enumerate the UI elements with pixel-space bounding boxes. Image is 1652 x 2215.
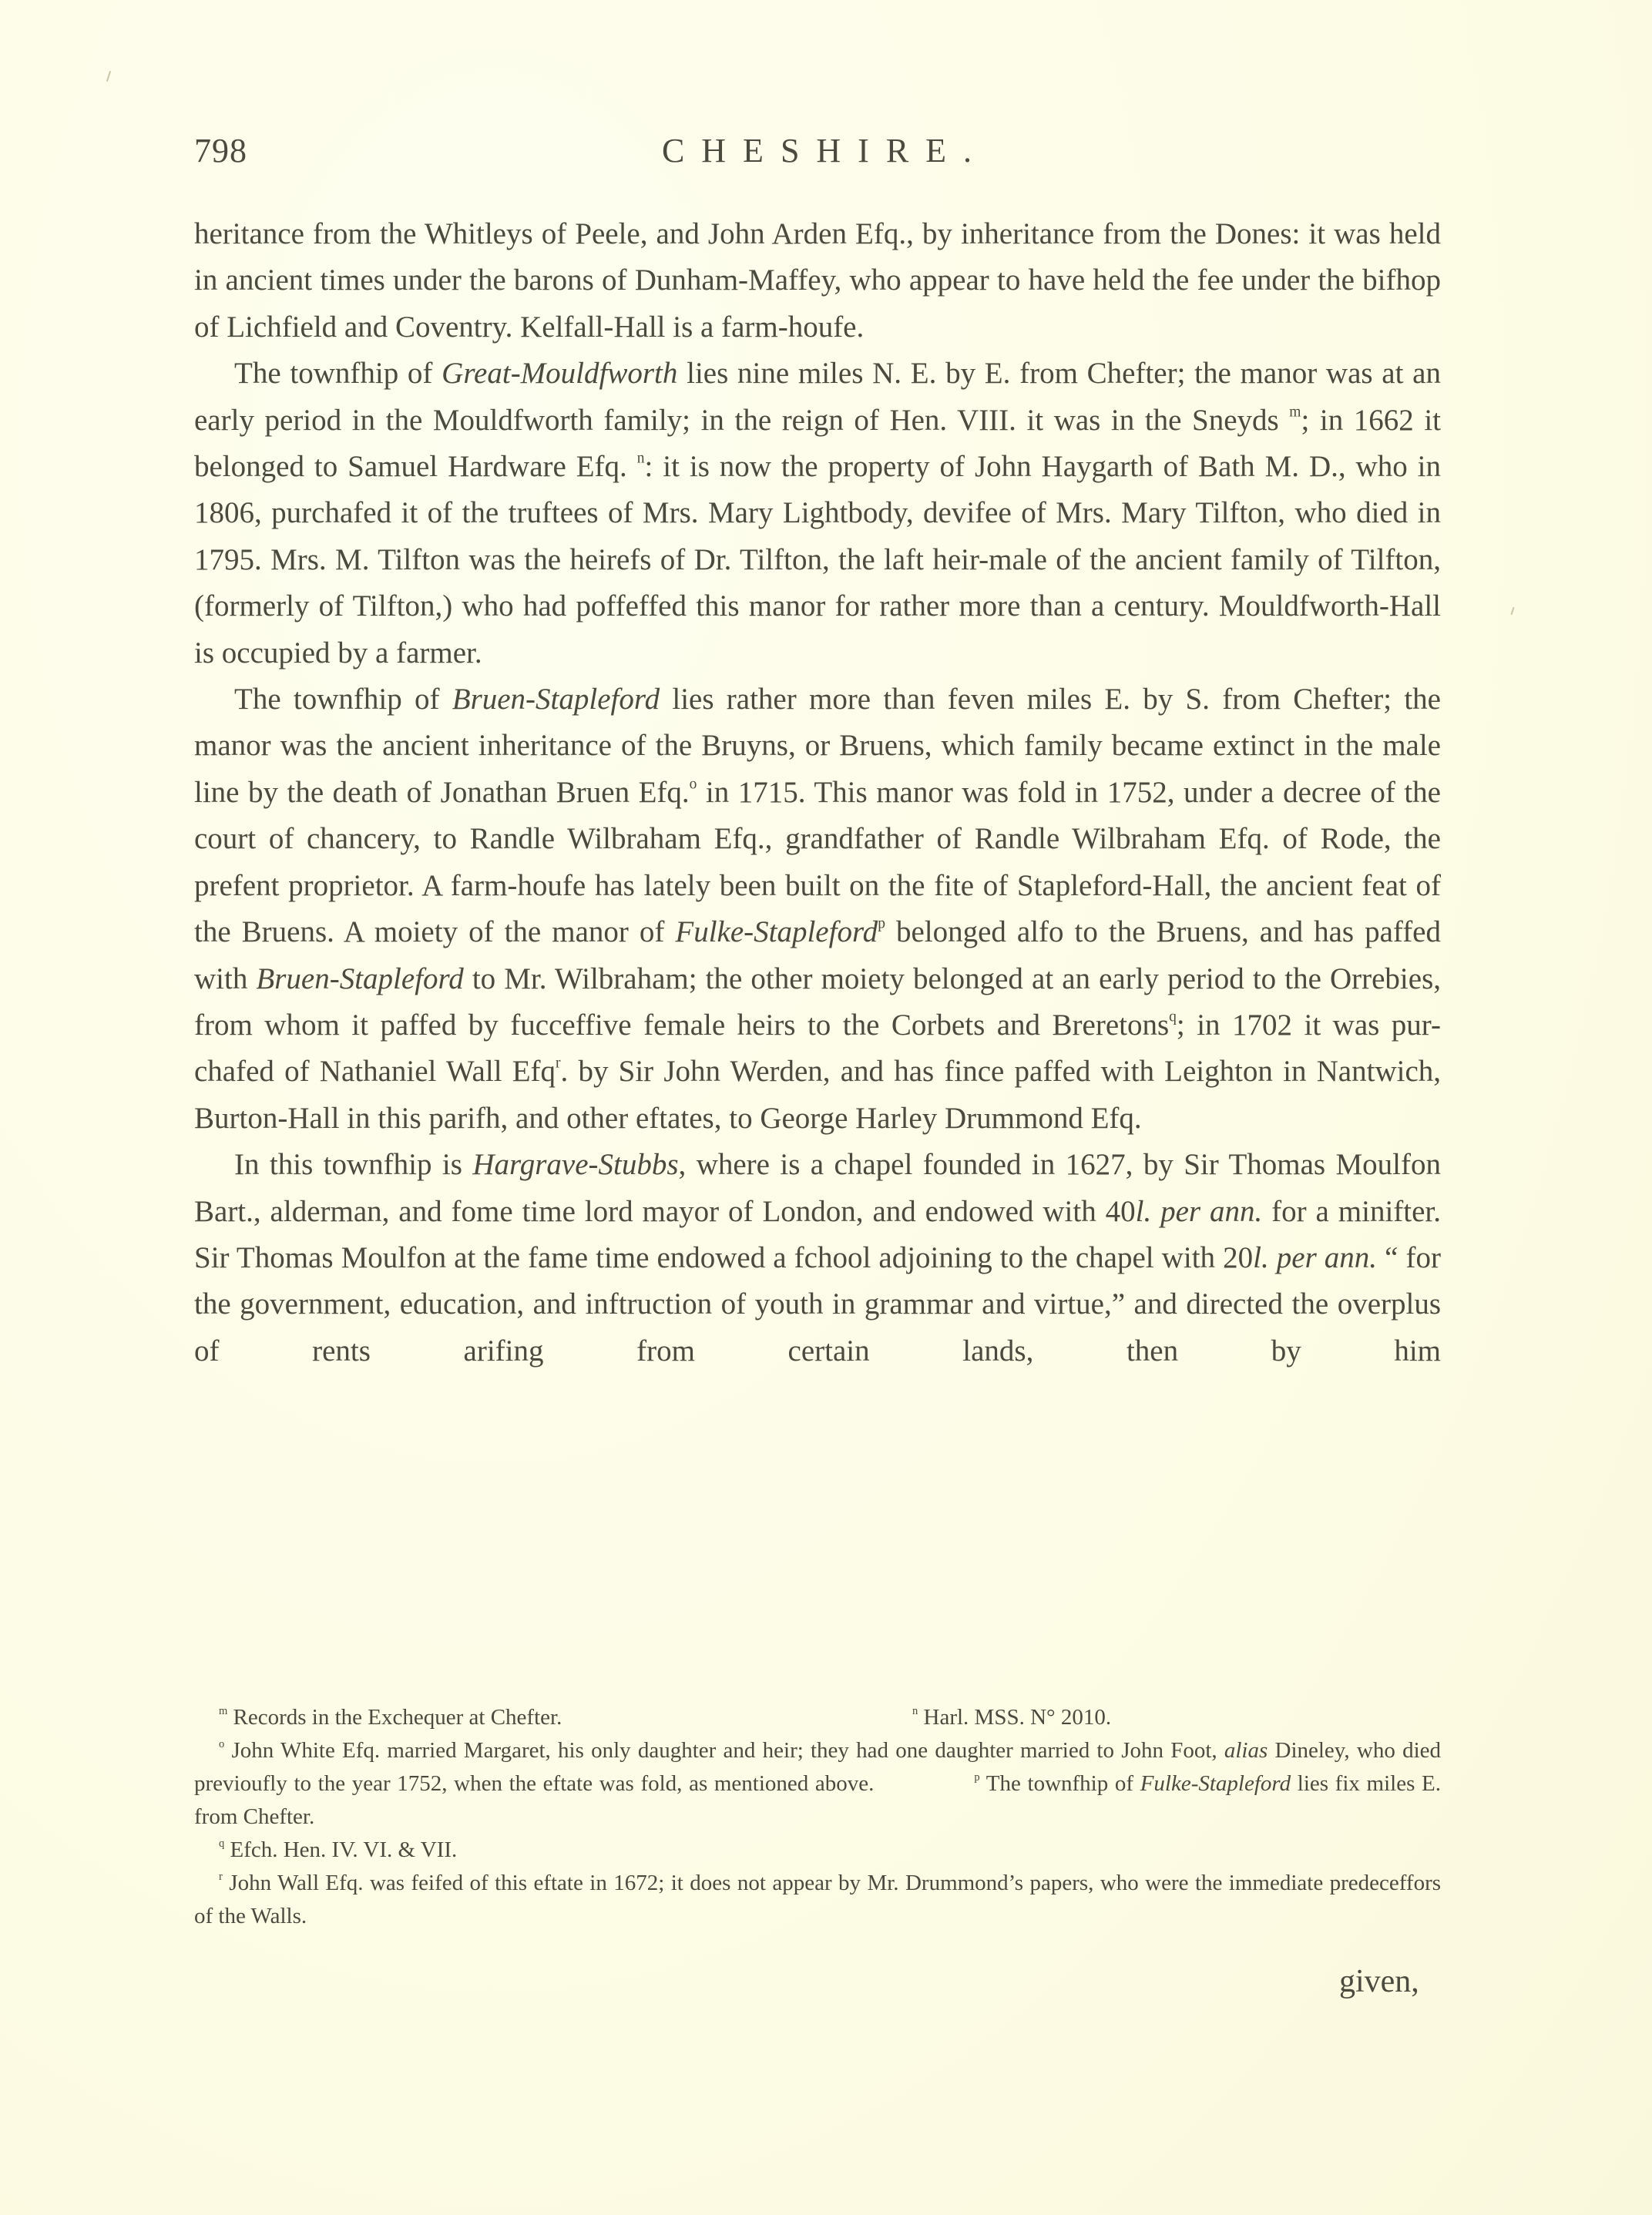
footnote-mark: n <box>912 1705 918 1717</box>
paper-speck <box>1511 607 1515 615</box>
footnotes: m Records in the Exchequer at Chefter. n… <box>194 1701 1441 1933</box>
footnote-o-p: o John White Efq. married Margaret, his … <box>194 1734 1441 1834</box>
running-title: CHESHIRE. <box>194 131 1441 170</box>
italic-text: Bruen-Stapleford <box>452 683 660 716</box>
footnote-r: r John Wall Efq. was feifed of this efta… <box>194 1867 1441 1933</box>
footnote-mark: o <box>219 1738 224 1750</box>
paper-speck <box>106 71 111 82</box>
paragraph: heritance from the Whitleys of Peele, an… <box>194 211 1441 351</box>
footnote-mark: p <box>974 1771 979 1784</box>
footnote-text: Harl. MSS. N° 2010. <box>924 1705 1112 1730</box>
footnote-reference: n <box>637 450 645 466</box>
page: 798 CHESHIRE. heritance from the Whitley… <box>194 131 1441 1374</box>
footnote-reference: q <box>1169 1008 1177 1025</box>
footnote-row: m Records in the Exchequer at Chefter. n… <box>194 1701 1441 1734</box>
footnote-m: m Records in the Exchequer at Chefter. <box>194 1701 912 1734</box>
paragraph: The townfhip of Bruen-Stapleford lies ra… <box>194 676 1441 1142</box>
italic-text: l. per ann. <box>1253 1241 1377 1274</box>
italic-text: Fulke-Stapleford <box>675 915 878 948</box>
footnote-mark: r <box>219 1871 223 1883</box>
italic-text: Great-Mouldfworth <box>442 357 677 390</box>
italic-text: Fulke-Stapleford <box>1140 1771 1291 1796</box>
footnote-reference: o <box>690 776 697 792</box>
catchword: given, <box>1339 1963 1419 2000</box>
footnote-n: n Harl. MSS. N° 2010. <box>912 1701 1111 1734</box>
italic-text: Hargrave-Stubbs <box>472 1148 678 1181</box>
footnote-reference: m <box>1289 404 1301 420</box>
running-head: 798 CHESHIRE. <box>194 131 1441 185</box>
body-text: heritance from the Whitleys of Peele, an… <box>194 211 1441 1374</box>
footnote-reference: p <box>878 916 885 932</box>
footnote-mark: m <box>219 1705 227 1717</box>
footnote-mark: q <box>219 1837 224 1850</box>
footnote-text: John Wall Efq. was feifed of this eftate… <box>194 1871 1441 1928</box>
footnote-reference: r <box>556 1055 561 1072</box>
footnote-text: Efch. Hen. IV. VI. & VII. <box>230 1837 458 1862</box>
italic-text: alias <box>1224 1738 1268 1763</box>
paragraph: In this townfhip is Hargrave-Stubbs, whe… <box>194 1142 1441 1374</box>
footnote-text: Records in the Exchequer at Chefter. <box>233 1705 562 1730</box>
italic-text: l. per ann. <box>1136 1195 1263 1228</box>
footnote-q: q Efch. Hen. IV. VI. & VII. <box>194 1834 1441 1867</box>
paragraph: The townfhip of Great-Mouldfworth lies n… <box>194 351 1441 676</box>
italic-text: Bruen-Stapleford <box>256 962 463 995</box>
